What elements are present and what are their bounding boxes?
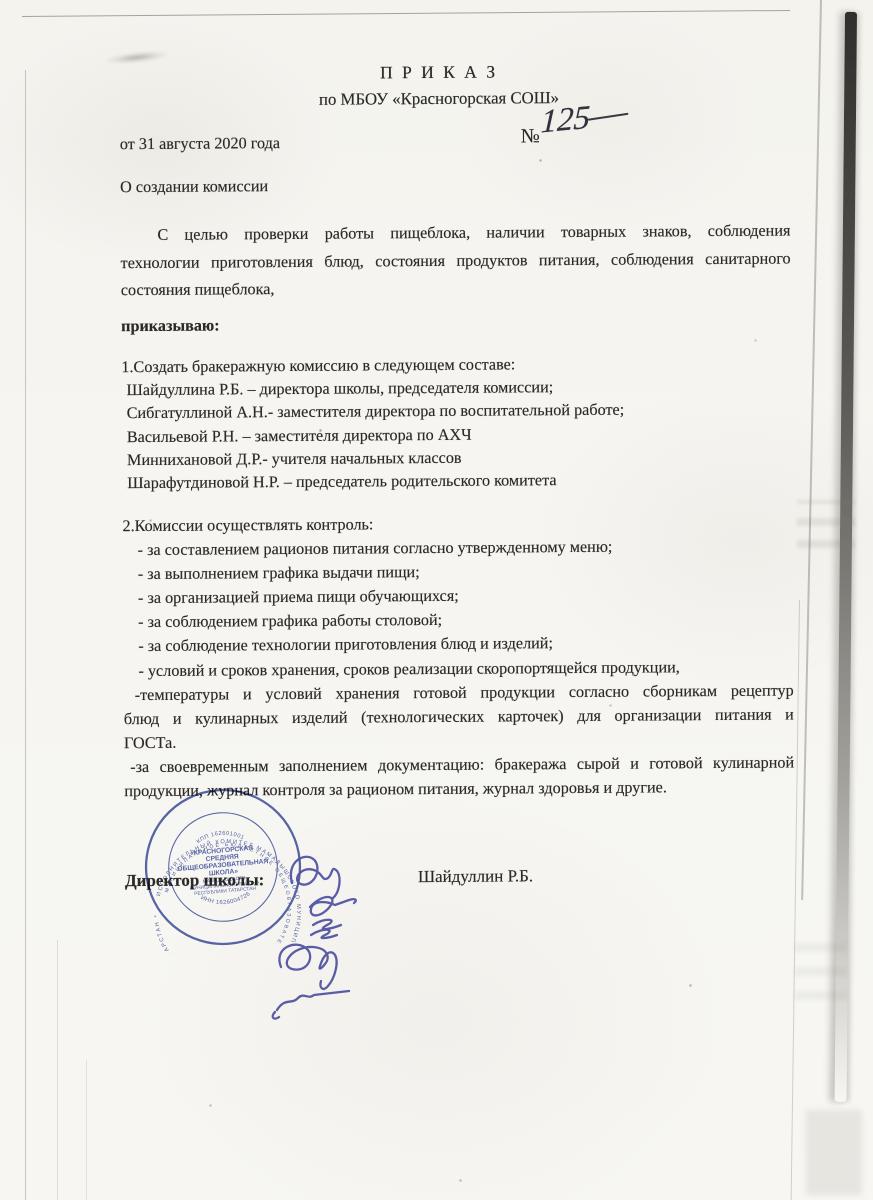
intro-line: технологии приготовления блюд, состояния…	[121, 245, 791, 277]
signature-ink	[265, 845, 380, 1025]
order-number-sign: №	[521, 125, 540, 148]
document-header: П Р И К А З по МБОУ «Красногорская СОШ»	[86, 59, 791, 111]
order-date: от 31 августа 2020 года	[120, 134, 280, 154]
signature-stroke	[311, 920, 341, 938]
intro-line: состояния пищеблока,	[121, 272, 791, 304]
signature-stroke	[273, 991, 349, 1019]
stamp-school-name: ШКОЛА»	[209, 868, 239, 878]
control-duties-section: 2.Комиссии осуществлять контроль: - за с…	[122, 509, 794, 803]
order-number-handwritten: 125	[540, 100, 591, 142]
order-document: П Р И К А З по МБОУ «Красногорская СОШ» …	[0, 0, 873, 1200]
commission-member: Шарафутдиновой Н.Р. – председатель родит…	[122, 467, 792, 495]
commission-list-section: 1.Создать бракеражную комиссию в следующ…	[121, 351, 792, 495]
signature-stroke	[279, 945, 336, 989]
scanned-document-page: П Р И К А З по МБОУ «Красногорская СОШ» …	[0, 0, 873, 1200]
intro-paragraph: С целью проверки работы пищеблока, налич…	[120, 217, 791, 304]
order-subject: О создании комиссии	[120, 177, 268, 197]
document-title: П Р И К А З	[86, 59, 791, 85]
duty-line: -за своевременным заполнением документац…	[124, 750, 794, 779]
duty-line: блюд и кулинарных изделий (технологическ…	[124, 702, 794, 731]
pen-stroke	[588, 113, 629, 121]
signature-stroke	[310, 897, 356, 915]
intro-line: С целью проверки работы пищеблока, налич…	[120, 217, 790, 249]
signature-stroke	[291, 857, 340, 898]
document-subtitle: по МБОУ «Красногорская СОШ»	[86, 86, 791, 111]
decree-word: приказываю:	[121, 316, 220, 336]
dust-speckles	[0, 0, 1, 1]
signer-name: Шайдуллин Р.Б.	[418, 866, 533, 887]
